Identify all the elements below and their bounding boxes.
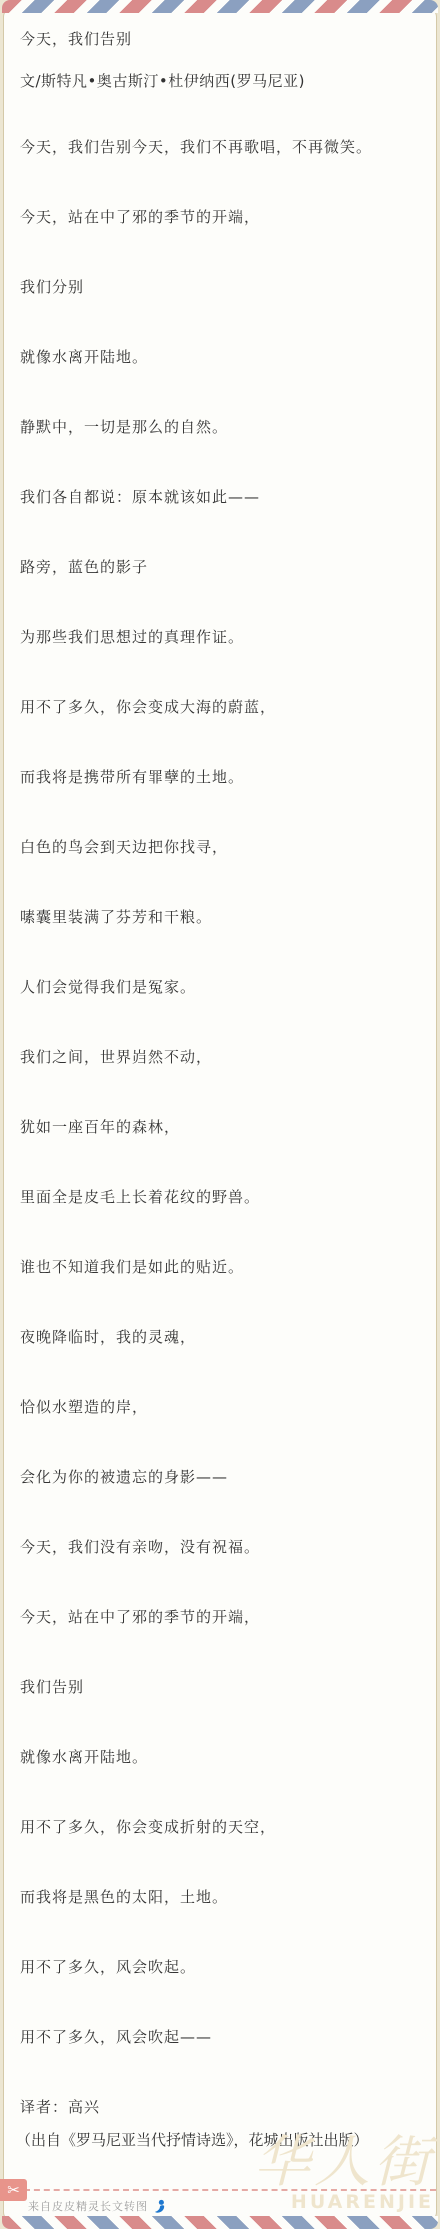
poem-line: 而我将是携带所有罪孽的土地。 — [20, 769, 430, 839]
poem-line: 人们会觉得我们是冤家。 — [20, 979, 430, 1049]
poem-title: 今天，我们告别 — [20, 28, 428, 49]
pipi-sprite-icon — [152, 2199, 167, 2214]
poem-line: 今天，我们告别今天，我们不再歌唱，不再微笑。 — [20, 139, 430, 209]
attribution-text: 来自皮皮精灵长文转图 — [28, 2198, 148, 2214]
poem-line: 为那些我们思想过的真理作证。 — [20, 629, 430, 699]
poem-line: 里面全是皮毛上长着花纹的野兽。 — [20, 1189, 430, 1259]
translator-line: 译者：高兴 — [20, 2096, 100, 2117]
poem-line: 用不了多久，你会变成大海的蔚蓝， — [20, 699, 430, 769]
poem-line: 路旁，蓝色的影子 — [20, 559, 430, 629]
poem-line: 用不了多久，风会吹起—— — [20, 2029, 430, 2099]
poem-line: 我们告别 — [20, 1679, 430, 1749]
watermark: 华人街 HUARENJIE — [254, 2137, 434, 2213]
poem-line: 今天，我们没有亲吻，没有祝福。 — [20, 1539, 430, 1609]
cut-dashed-line — [24, 2189, 436, 2191]
poem-line: 用不了多久，你会变成折射的天空， — [20, 1819, 430, 1889]
poem-line: 嗉囊里装满了芬芳和干粮。 — [20, 909, 430, 979]
poem-line: 谁也不知道我们是如此的贴近。 — [20, 1259, 430, 1329]
poem-line: 我们之间，世界岿然不动， — [20, 1049, 430, 1119]
poem-line: 今天，站在中了邪的季节的开端， — [20, 1609, 430, 1679]
poem-line: 恰似水塑造的岸， — [20, 1399, 430, 1469]
poem-line: 会化为你的被遗忘的身影—— — [20, 1469, 430, 1539]
poem-line: 用不了多久，风会吹起。 — [20, 1959, 430, 2029]
airmail-stripe-bottom — [2, 2216, 438, 2229]
poem-line: 夜晚降临时，我的灵魂， — [20, 1329, 430, 1399]
poem-line: 静默中，一切是那么的自然。 — [20, 419, 430, 489]
poem-line: 而我将是黑色的太阳，土地。 — [20, 1889, 430, 1959]
poem-line: 就像水离开陆地。 — [20, 1749, 430, 1819]
poem-line: 我们分别 — [20, 279, 430, 349]
poem-body: 今天，我们告别今天，我们不再歌唱，不再微笑。今天，站在中了邪的季节的开端，我们分… — [20, 139, 430, 2099]
attribution-bar: 来自皮皮精灵长文转图 — [28, 2198, 167, 2214]
poem-line: 白色的鸟会到天边把你找寻， — [20, 839, 430, 909]
poem-byline: 文/斯特凡•奥古斯汀•杜伊纳西(罗马尼亚) — [20, 70, 428, 91]
airmail-stripe-top — [2, 0, 438, 13]
poem-line: 我们各自都说：原本就该如此—— — [20, 489, 430, 559]
poem-line: 犹如一座百年的森林， — [20, 1119, 430, 1189]
poem-line: 今天，站在中了邪的季节的开端， — [20, 209, 430, 279]
poem-line: 就像水离开陆地。 — [20, 349, 430, 419]
scissors-icon: ✂ — [0, 2179, 27, 2201]
watermark-chinese: 华人街 — [254, 2137, 434, 2189]
